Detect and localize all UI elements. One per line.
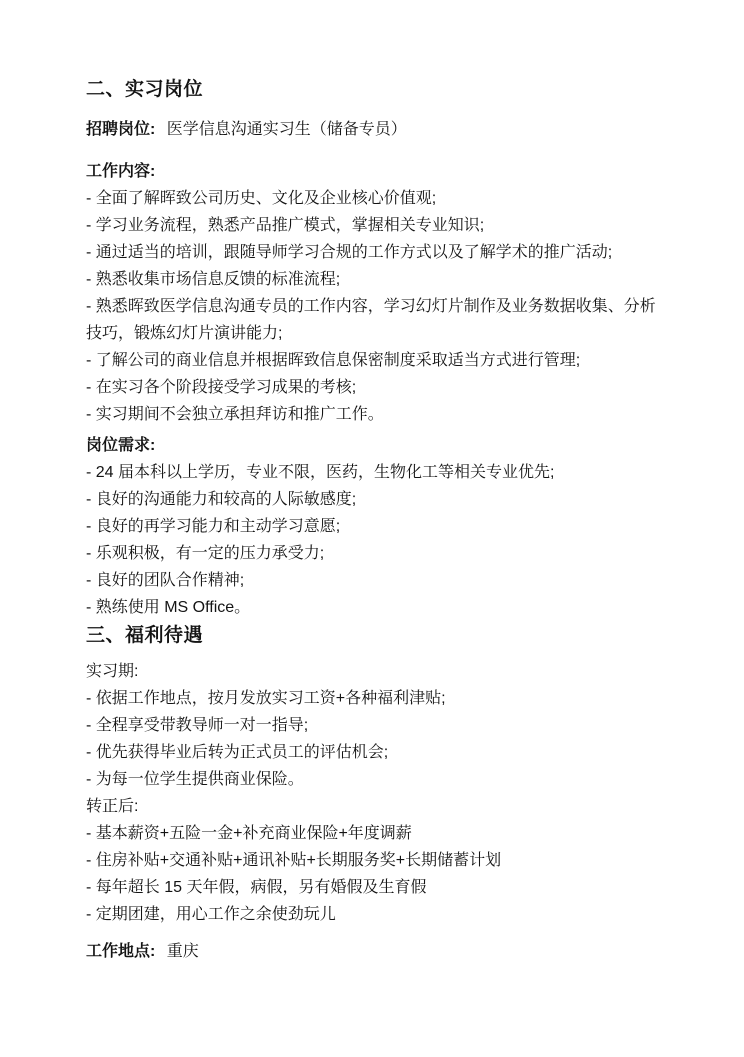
list-item: - 良好的再学习能力和主动学习意愿;: [86, 513, 664, 540]
list-item: - 乐观积极，有一定的压力承受力;: [86, 540, 664, 567]
post-probation-title: 转正后:: [86, 793, 664, 820]
list-item: - 了解公司的商业信息并根据晖致信息保密制度采取适当方式进行管理;: [86, 347, 664, 374]
list-item: - 良好的沟通能力和较高的人际敏感度;: [86, 486, 664, 513]
list-item: - 熟悉晖致医学信息沟通专员的工作内容，学习幻灯片制作及业务数据收集、分析技巧，…: [86, 293, 664, 347]
list-item: - 在实习各个阶段接受学习成果的考核;: [86, 374, 664, 401]
list-item: - 24 届本科以上学历，专业不限，医药，生物化工等相关专业优先;: [86, 459, 664, 486]
work-location-value: 重庆: [167, 943, 199, 960]
list-item: - 学习业务流程，熟悉产品推广模式，掌握相关专业知识;: [86, 212, 664, 239]
list-item: - 为每一位学生提供商业保险。: [86, 766, 664, 793]
list-item: - 每年超长 15 天年假，病假，另有婚假及生育假: [86, 874, 664, 901]
work-location-label: 工作地点:: [86, 943, 155, 960]
recruit-position-value: 医学信息沟通实习生（储备专员）: [167, 121, 407, 138]
list-item: - 住房补贴+交通补贴+通讯补贴+长期服务奖+长期储蓄计划: [86, 847, 664, 874]
post-probation-benefits-list: - 基本薪资+五险一金+补充商业保险+年度调薪 - 住房补贴+交通补贴+通讯补贴…: [86, 820, 664, 928]
document-page: 二、实习岗位 招聘岗位: 医学信息沟通实习生（储备专员） 工作内容: - 全面了…: [0, 0, 744, 1057]
recruit-position-label: 招聘岗位:: [86, 121, 155, 138]
list-item: - 全面了解晖致公司历史、文化及企业核心价值观;: [86, 185, 664, 212]
internship-benefits-list: - 依据工作地点，按月发放实习工资+各种福利津贴; - 全程享受带教导师一对一指…: [86, 685, 664, 793]
list-item: - 优先获得毕业后转为正式员工的评估机会;: [86, 739, 664, 766]
work-content-title: 工作内容:: [86, 158, 664, 185]
list-item: - 良好的团队合作精神;: [86, 567, 664, 594]
recruit-position-line: 招聘岗位: 医学信息沟通实习生（储备专员）: [86, 116, 664, 143]
requirements-title: 岗位需求:: [86, 432, 664, 459]
list-item: - 全程享受带教导师一对一指导;: [86, 712, 664, 739]
section-heading-benefits: 三、福利待遇: [86, 623, 664, 649]
section-heading-internship-position: 二、实习岗位: [86, 78, 664, 102]
list-item: - 基本薪资+五险一金+补充商业保险+年度调薪: [86, 820, 664, 847]
work-location-line: 工作地点: 重庆: [86, 938, 664, 965]
work-content-list: - 全面了解晖致公司历史、文化及企业核心价值观; - 学习业务流程，熟悉产品推广…: [86, 185, 664, 428]
list-item: - 通过适当的培训，跟随导师学习合规的工作方式以及了解学术的推广活动;: [86, 239, 664, 266]
internship-period-title: 实习期:: [86, 658, 664, 685]
list-item: - 熟练使用 MS Office。: [86, 594, 664, 621]
list-item: - 熟悉收集市场信息反馈的标准流程;: [86, 266, 664, 293]
requirements-list: - 24 届本科以上学历，专业不限，医药，生物化工等相关专业优先; - 良好的沟…: [86, 459, 664, 621]
list-item: - 依据工作地点，按月发放实习工资+各种福利津贴;: [86, 685, 664, 712]
list-item: - 实习期间不会独立承担拜访和推广工作。: [86, 401, 664, 428]
document-content: 二、实习岗位 招聘岗位: 医学信息沟通实习生（储备专员） 工作内容: - 全面了…: [86, 78, 664, 965]
list-item: - 定期团建，用心工作之余使劲玩儿: [86, 901, 664, 928]
